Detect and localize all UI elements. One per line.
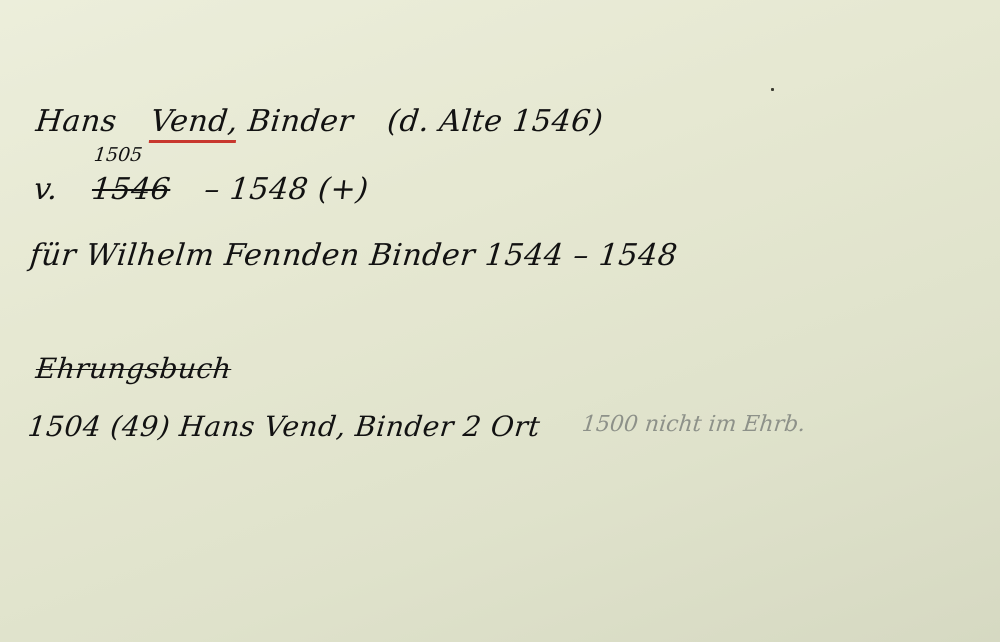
index-card: Hans Vend, Binder (d. Alte 1546) 1505 v.… [0, 0, 1000, 642]
predecessor-line: für Wilhelm Fennden Binder 1544 – 1548 [28, 238, 679, 273]
occupation: Binder [246, 104, 355, 139]
entry-name-line: Hans Vend, Binder (d. Alte 1546) [34, 104, 605, 139]
date-range-line: v. 1546 – 1548 (+) [32, 172, 370, 207]
prefix: v. [32, 172, 60, 207]
pencil-note: 1500 nicht im Ehrb. [581, 412, 807, 437]
given-name: Hans [34, 104, 118, 139]
ink-speck [771, 88, 774, 91]
year-correction: 1505 [93, 144, 144, 166]
register-entry: 1504 (49) Hans Vend, Binder 2 Ort [26, 410, 542, 443]
section-heading: Ehrungsbuch [34, 352, 233, 385]
age-note: (d. Alte 1546) [386, 104, 605, 139]
struck-year: 1546 [90, 172, 172, 207]
surname-underlined: Vend, [149, 104, 240, 143]
range-end: – 1548 (+) [203, 172, 371, 207]
